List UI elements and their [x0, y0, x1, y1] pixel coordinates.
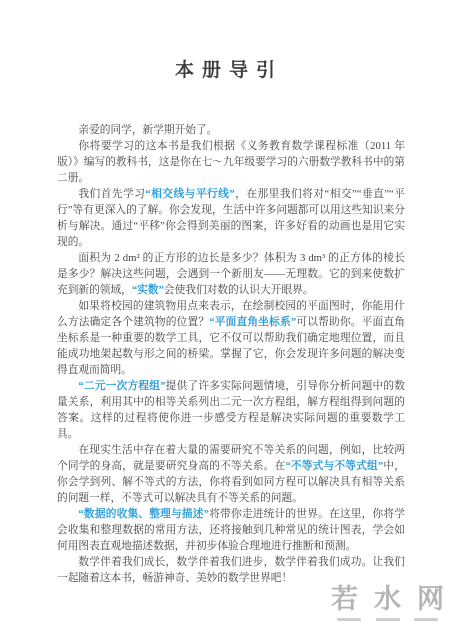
paragraph: 在现实生活中存在着大量的需要研究不等关系的问题，例如，比较两个同学的身高，就是要… — [57, 442, 405, 506]
watermark-subtext-strip — [414, 618, 438, 621]
highlighted-term: “实数” — [132, 284, 164, 296]
textbook-page: 本册导引 亲爱的同学，新学期开始了。你将要学习的这本书是我们根据《义务教育数学课… — [0, 0, 450, 629]
paragraph: 数学伴着我们成长，数学伴着我们进步，数学伴着我们成功。让我们一起随着这本书，畅游… — [57, 554, 405, 586]
body-text: 数学伴着我们成长，数学伴着我们进步，数学伴着我们成功。让我们一起随着这本书，畅游… — [57, 556, 405, 584]
body-text: 亲爱的同学，新学期开始了。 — [78, 124, 217, 136]
body-text: 你将要学习的这本书是我们根据《义务教育数学课程标准（2011 年版）》编写的教科… — [57, 140, 405, 184]
body-text: 会使我们对数的认识大开眼界。 — [164, 284, 314, 296]
paragraphs: 亲爱的同学，新学期开始了。你将要学习的这本书是我们根据《义务教育数学课程标准（2… — [57, 122, 405, 586]
page-title: 本册导引 — [0, 0, 450, 82]
watermark: 若水网 — [331, 585, 444, 621]
watermark-subtext-strip — [376, 618, 400, 621]
watermark-subtext — [331, 615, 444, 621]
highlighted-term: “二元一次方程组” — [78, 380, 165, 392]
paragraph: 如果将校园的建筑物用点来表示，在绘制校园的平面图时，你能用什么方法确定各个建筑物… — [57, 298, 405, 378]
highlighted-term: “平面直角坐标系” — [209, 316, 296, 328]
highlighted-term: “相交线与平行线” — [145, 188, 234, 200]
paragraph: 面积为 2 dm² 的正方形的边长是多少？体积为 3 dm³ 的正方体的棱长是多… — [57, 250, 405, 298]
paragraph: 亲爱的同学，新学期开始了。 — [57, 122, 405, 138]
paragraph: “二元一次方程组”提供了许多实际问题情境，引导你分析问题中的数量关系，利用其中的… — [57, 378, 405, 442]
watermark-text: 若水网 — [331, 585, 450, 615]
paragraph: “数据的收集、整理与描述”将带你走进统计的世界。在这里，你将学会收集和整理数据的… — [57, 506, 405, 554]
paragraph: 你将要学习的这本书是我们根据《义务教育数学课程标准（2011 年版）》编写的教科… — [57, 138, 405, 186]
highlighted-term: “数据的收集、整理与描述” — [78, 508, 209, 520]
body-text: 我们首先学习 — [78, 188, 145, 200]
watermark-subtext-strip — [337, 618, 361, 621]
paragraph: 我们首先学习“相交线与平行线”，在那里我们将对“相交”“垂直”“平行”等有更深入… — [57, 186, 405, 250]
highlighted-term: “不等式与不等式组” — [285, 460, 383, 472]
